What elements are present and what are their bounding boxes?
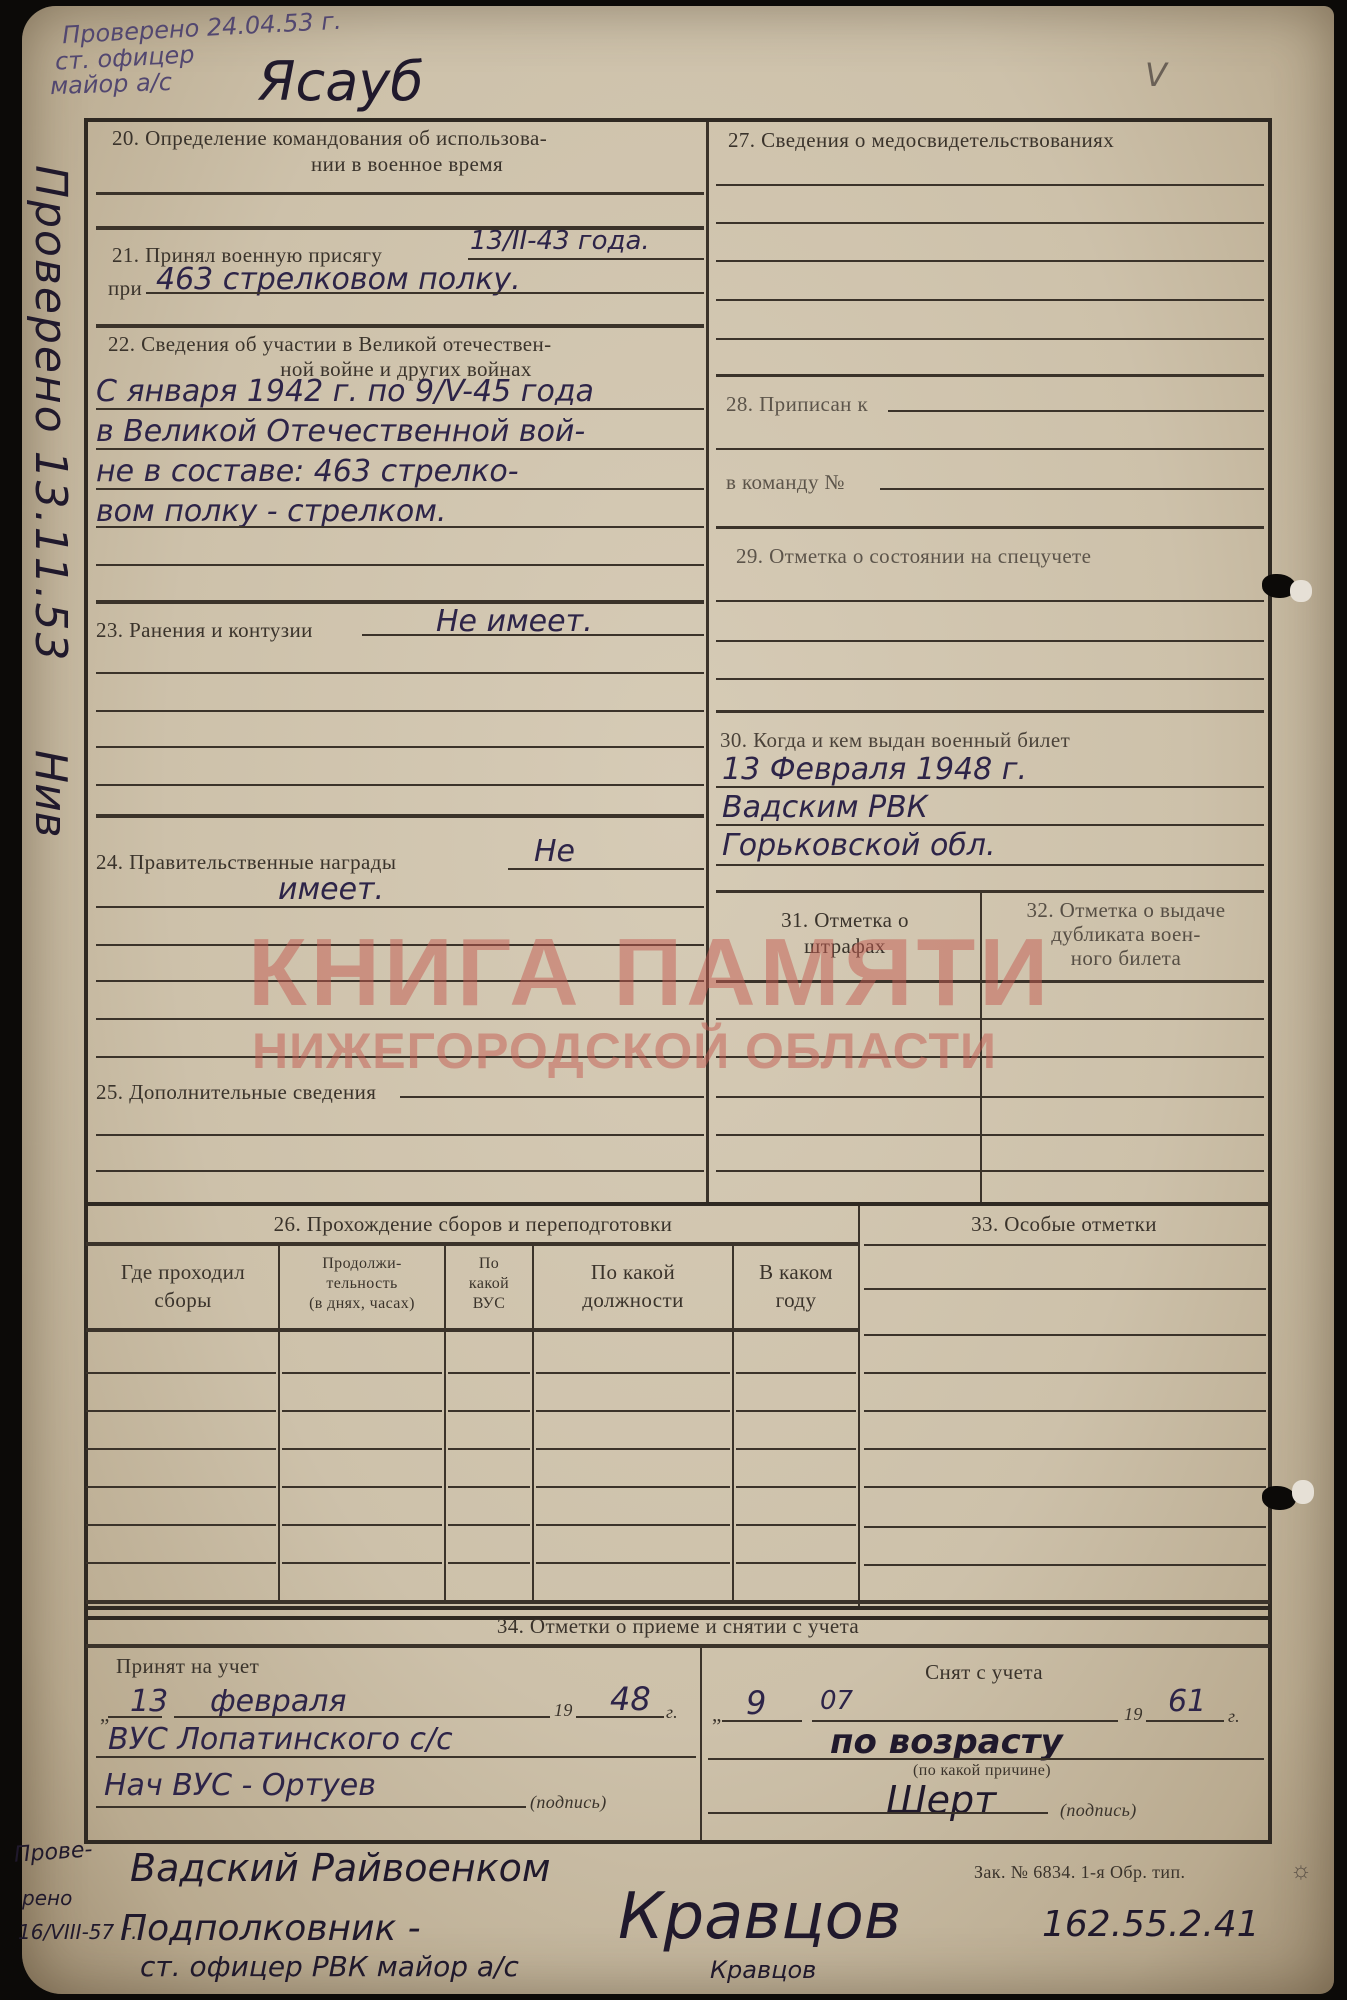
rule <box>888 410 1264 412</box>
s23-label: 23. Ранения и контузии <box>96 618 313 643</box>
s26-row-rule <box>448 1486 530 1488</box>
s26-column-header: По какойдолжности <box>534 1258 732 1314</box>
print-mark: ☼ <box>1290 1858 1312 1885</box>
rule <box>716 710 1264 713</box>
s30-entry-1: 13 Февраля 1948 г. <box>722 752 1027 787</box>
s34-accepted-day: 13 <box>130 1684 168 1719</box>
s26-row-rule <box>282 1372 442 1374</box>
s26-column-header: ПокакойВУС <box>446 1254 532 1314</box>
s34-removed-year-suffix: г. <box>1228 1706 1240 1727</box>
rule <box>716 824 1264 826</box>
s22-entry-3: не в составе: 463 стрелко- <box>96 454 519 489</box>
s34-removed-reason: по возрасту <box>830 1722 1063 1762</box>
s26-row-rule <box>448 1562 530 1564</box>
s26-row-rule <box>736 1486 856 1488</box>
s34-accepted-line2: ВУС Лопатинского с/с <box>108 1722 453 1757</box>
s33-row-rule <box>864 1526 1266 1528</box>
s33-row-rule <box>864 1410 1266 1412</box>
s26-row-rule <box>448 1524 530 1526</box>
rule <box>108 1716 162 1718</box>
s22-entry-4: вом полку - стрелком. <box>96 494 446 529</box>
s24-value-line2: имеет. <box>278 872 384 907</box>
punch-hole-lower <box>1262 1486 1296 1510</box>
rule <box>86 1600 1270 1604</box>
s26-column-header-line: Продолжи- <box>280 1254 444 1274</box>
s26-row-rule <box>86 1486 276 1488</box>
rule <box>146 292 704 294</box>
s26-column-header-line: какой <box>446 1274 532 1294</box>
s34-removed-label: Снят с учета <box>704 1660 1264 1685</box>
s30-entry-2: Вадским РВК <box>722 790 928 825</box>
rule <box>96 324 704 328</box>
s20-label-line2: нии в военное время <box>112 152 702 177</box>
rule <box>96 1018 704 1020</box>
s26-row-rule <box>282 1448 442 1450</box>
s26-s33-divider <box>858 1206 860 1610</box>
rule <box>716 890 1264 893</box>
rule <box>96 1756 696 1758</box>
s26-column-header-line: В каком <box>734 1258 858 1286</box>
s32-label-line1: 32. Отметка о выдаче <box>984 898 1268 923</box>
rule <box>86 1328 858 1332</box>
rule <box>96 408 704 410</box>
s26-row-rule <box>736 1410 856 1412</box>
s26-row-rule <box>536 1372 730 1374</box>
s26-row-rule <box>536 1486 730 1488</box>
s33-row-rule <box>864 1448 1266 1450</box>
s28-team-label: в команду № <box>726 470 845 495</box>
rule <box>716 1096 1264 1098</box>
s26-row-rule <box>282 1562 442 1564</box>
rule <box>716 299 1264 301</box>
s34-divider <box>700 1648 702 1840</box>
rule <box>716 184 1264 186</box>
rule <box>362 634 704 636</box>
s34-removed-month: 07 <box>820 1686 853 1716</box>
s31-label-line1: 31. Отметка о <box>712 908 978 933</box>
bottom-note-line3: ст. офицер РВК майор а/с <box>140 1950 519 1983</box>
s34-removed-sign-label: (подпись) <box>1060 1800 1137 1821</box>
s34-removed-year: 61 <box>1168 1684 1206 1719</box>
s26-row-rule <box>86 1410 276 1412</box>
s26-title: 26. Прохождение сборов и переподготовки <box>88 1212 858 1237</box>
bottom-note-line1: Вадский Райвоенком <box>130 1846 551 1890</box>
s34-removed-signature: Шерт <box>886 1778 996 1822</box>
top-note-line3: майор а/с <box>50 68 173 100</box>
s26-row-rule <box>86 1448 276 1450</box>
rule <box>468 258 704 260</box>
s21-at-label: при <box>108 276 142 301</box>
rule <box>96 710 704 712</box>
s26-column-header-line: должности <box>534 1286 732 1314</box>
s26-row-rule <box>536 1562 730 1564</box>
s20-label-line1: 20. Определение командования об использо… <box>112 126 547 151</box>
rule <box>716 864 1264 866</box>
s26-column-header-line: По <box>446 1254 532 1274</box>
rule <box>716 980 1264 983</box>
top-note-signature: Ясауб <box>258 50 424 113</box>
s26-row-rule <box>736 1372 856 1374</box>
s30-label: 30. Когда и кем выдан военный билет <box>720 728 1070 753</box>
bottom-note-line2: Подполковник - <box>120 1908 421 1949</box>
rule <box>716 640 1264 642</box>
s27-label: 27. Сведения о медосвидетельствованиях <box>728 128 1114 153</box>
s26-row-rule <box>536 1524 730 1526</box>
side-signature: Нив <box>25 750 76 838</box>
s34-removed-day: 9 <box>746 1684 766 1722</box>
s26-column-header-line: ВУС <box>446 1294 532 1314</box>
rule <box>576 1716 664 1718</box>
s26-row-rule <box>536 1448 730 1450</box>
rule <box>96 980 704 982</box>
s26-column-header-line: году <box>734 1286 858 1314</box>
s26-column-header-line: Где проходил <box>88 1258 278 1286</box>
rule <box>722 1720 802 1722</box>
s26-row-rule <box>448 1448 530 1450</box>
rule <box>716 678 1264 680</box>
side-note: Проверено 13.11.53 <box>25 165 76 663</box>
bottom-signature-2: Кравцов <box>710 1956 816 1984</box>
s26-row-rule <box>448 1372 530 1374</box>
s28-label: 28. Приписан к <box>726 392 868 417</box>
s26-column-header-line: (в днях, часах) <box>280 1294 444 1314</box>
s26-row-rule <box>86 1524 276 1526</box>
rule <box>716 1170 1264 1172</box>
rule <box>716 1056 1264 1058</box>
s26-column-header-line: сборы <box>88 1286 278 1314</box>
rule <box>96 448 704 450</box>
s33-row-rule <box>864 1288 1266 1290</box>
s33-label: 33. Особые отметки <box>862 1212 1266 1237</box>
rule <box>86 1242 858 1246</box>
rule <box>96 1806 526 1808</box>
s33-row-rule <box>864 1372 1266 1374</box>
s29-label: 29. Отметка о состоянии на спецучете <box>736 544 1091 569</box>
rule <box>880 488 1264 490</box>
s31-label-line2: штрафах <box>712 934 978 959</box>
s34-accepted-month: февраля <box>210 1684 346 1719</box>
s26-row-rule <box>86 1372 276 1374</box>
s22-entry-1: С января 1942 г. по 9/V-45 года <box>96 374 594 409</box>
rule <box>96 1170 704 1172</box>
s26-column-header: Продолжи-тельность(в днях, часах) <box>280 1254 444 1314</box>
s26-column-header: В какомгоду <box>734 1258 858 1314</box>
s33-row-rule <box>864 1334 1266 1336</box>
rule <box>96 784 704 786</box>
rule <box>86 1644 1270 1648</box>
s34-accepted-label: Принят на учет <box>116 1654 259 1679</box>
rule <box>96 906 704 908</box>
s22-label-line1: 22. Сведения об участии в Великой отечес… <box>108 332 552 357</box>
bottom-signature: Кравцов <box>618 1880 901 1954</box>
rule <box>174 1716 550 1718</box>
rule <box>716 1134 1264 1136</box>
rule <box>96 672 704 674</box>
s31-s32-divider <box>980 892 982 1206</box>
s25-label: 25. Дополнительные сведения <box>96 1080 376 1105</box>
rule <box>716 526 1264 529</box>
s24-value-line1: Не <box>534 834 575 869</box>
s33-row-rule <box>864 1486 1266 1488</box>
rule <box>716 222 1264 224</box>
s34-accepted-year: 48 <box>610 1680 651 1718</box>
upper-column-divider <box>706 122 709 1206</box>
rule <box>96 526 704 528</box>
s26-row-rule <box>736 1524 856 1526</box>
punch-hole-lower-tear <box>1292 1480 1314 1504</box>
rule <box>716 260 1264 262</box>
rule <box>96 944 704 946</box>
bottom-checked-line2: рено <box>22 1886 72 1910</box>
s34-removed-year-prefix: 19 <box>1124 1704 1143 1725</box>
col-divider <box>444 1246 446 1600</box>
s34-accepted-line3: Нач ВУС - Ортуев <box>104 1768 376 1803</box>
s33-row-rule <box>864 1564 1266 1566</box>
s34-title: 34. Отметки о приеме и снятии с учета <box>88 1614 1268 1639</box>
s26-row-rule <box>736 1562 856 1564</box>
s22-entry-2: в Великой Отечественной вой- <box>96 414 585 449</box>
rule <box>96 564 704 566</box>
s26-row-rule <box>86 1562 276 1564</box>
s33-row-rule <box>864 1244 1266 1246</box>
s26-column-header-line: По какой <box>534 1258 732 1286</box>
s26-row-rule <box>282 1410 442 1412</box>
rule <box>508 868 704 870</box>
rule <box>716 374 1264 377</box>
s34-accepted-year-suffix: г. <box>666 1702 678 1723</box>
s26-column-header: Где проходилсборы <box>88 1258 278 1314</box>
s32-label-line3: ного билета <box>984 946 1268 971</box>
rule <box>96 1134 704 1136</box>
s26-row-rule <box>736 1448 856 1450</box>
quote-mark: „ <box>712 1702 722 1727</box>
rule <box>96 1056 704 1058</box>
s34-accepted-sign-label: (подпись) <box>530 1792 607 1813</box>
rule <box>96 488 704 490</box>
s26-column-header-line: тельность <box>280 1274 444 1294</box>
s21-date-value: 13/II-43 года. <box>470 226 650 256</box>
s30-entry-3: Горьковской обл. <box>722 828 996 863</box>
rule <box>716 1018 1264 1020</box>
rule <box>708 1812 1048 1814</box>
rule <box>716 338 1264 340</box>
rule <box>716 448 1264 450</box>
s26-row-rule <box>282 1486 442 1488</box>
bottom-code: 162.55.2.41 <box>1042 1904 1260 1945</box>
s26-row-rule <box>448 1410 530 1412</box>
rule <box>96 600 704 604</box>
rule <box>96 746 704 748</box>
s34-accepted-year-prefix: 19 <box>554 1700 573 1721</box>
rule <box>96 192 704 195</box>
col-divider <box>278 1246 280 1600</box>
rule <box>716 786 1264 788</box>
rule <box>400 1096 704 1098</box>
punch-hole-upper-tear <box>1290 580 1312 602</box>
rule <box>708 1758 1264 1760</box>
print-info: Зак. № 6834. 1-я Обр. тип. <box>974 1862 1185 1883</box>
s26-row-rule <box>282 1524 442 1526</box>
col-divider <box>732 1246 734 1600</box>
rule <box>1146 1720 1224 1722</box>
rule <box>716 600 1264 602</box>
corner-mark: V <box>1145 56 1167 94</box>
col-divider <box>532 1246 534 1600</box>
s32-label-line2: дубликата воен- <box>984 922 1268 947</box>
rule <box>96 814 704 818</box>
s26-row-rule <box>536 1410 730 1412</box>
